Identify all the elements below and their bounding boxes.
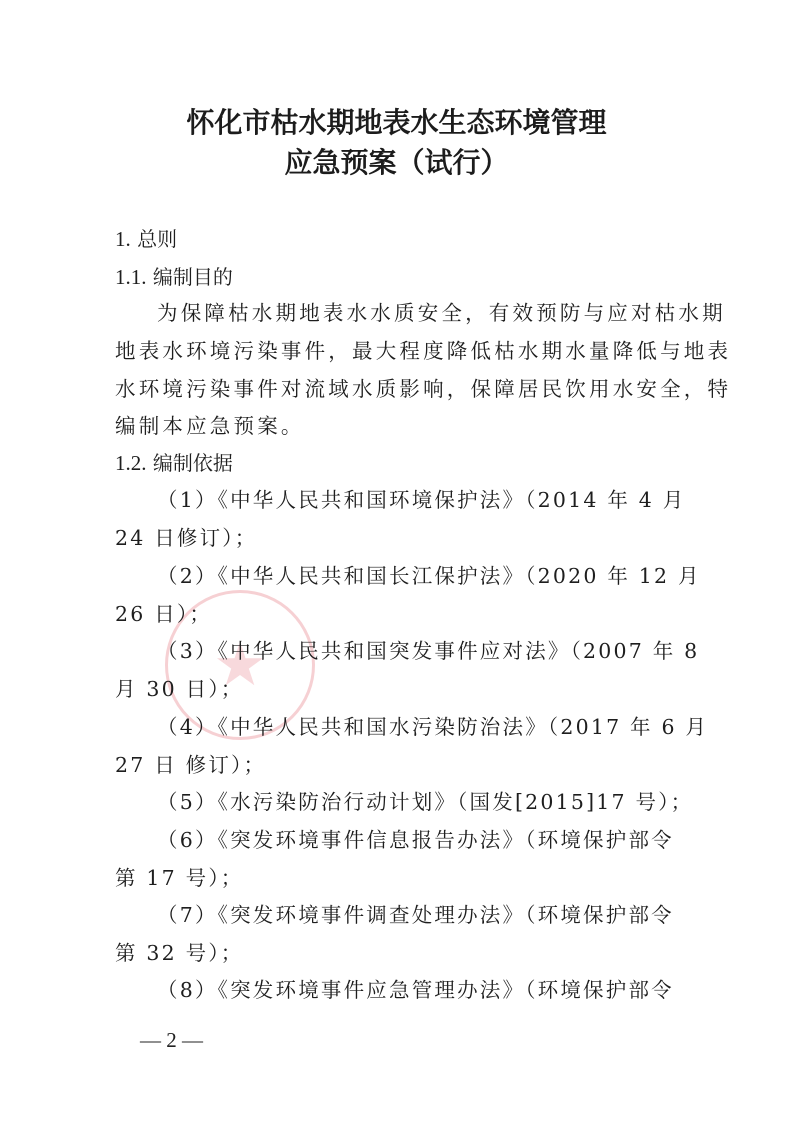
reference-6-line-2: 第 17 号）； [115, 864, 243, 892]
page-number: — 2 — [140, 1028, 203, 1053]
document-title-line-1: 怀化市枯水期地表水生态环境管理 [0, 101, 793, 141]
purpose-paragraph-line-2: 地表水环境污染事件，最大程度降低枯水期水量降低与地表 [115, 337, 731, 365]
reference-7-line-1: （7）《突发环境事件调查处理办法》（环境保护部令 [157, 901, 674, 929]
document-title-line-2: 应急预案（试行） [0, 141, 793, 181]
reference-4-line-1: （4）《中华人民共和国水污染防治法》（2017 年 6 月 [157, 713, 708, 741]
reference-7-line-2: 第 32 号）； [115, 939, 243, 967]
section-heading-basis: 1.2. 编制依据 [115, 449, 233, 477]
reference-1-line-1: （1）《中华人民共和国环境保护法》（2014 年 4 月 [157, 486, 685, 514]
section-number: 1. [115, 227, 131, 251]
reference-5-line-1: （5）《水污染防治行动计划》（国发[2015]17 号）； [157, 788, 693, 816]
section-heading-general: 1. 总则 [115, 225, 177, 253]
purpose-paragraph-line-4: 编制本应急预案。 [115, 412, 305, 440]
section-heading-purpose: 1.1. 编制目的 [115, 263, 233, 291]
section-label: 编制目的 [153, 265, 233, 289]
section-label: 编制依据 [153, 451, 233, 475]
purpose-paragraph-line-3: 水环境污染事件对流域水质影响，保障居民饮用水安全，特 [115, 375, 731, 403]
reference-4-line-2: 27 日 修订）； [115, 751, 266, 779]
document-page: 怀化市枯水期地表水生态环境管理 应急预案（试行） 1. 总则 1.1. 编制目的… [0, 0, 793, 1122]
reference-2-line-2: 26 日）； [115, 600, 212, 628]
section-label: 总则 [137, 227, 177, 251]
reference-2-line-1: （2）《中华人民共和国长江保护法》（2020 年 12 月 [157, 562, 701, 590]
reference-1-line-2: 24 日修订）； [115, 524, 257, 552]
reference-3-line-2: 月 30 日）； [115, 675, 243, 703]
reference-8-line-1: （8）《突发环境事件应急管理办法》（环境保护部令 [157, 976, 674, 1004]
section-number: 1.1. [115, 265, 147, 289]
reference-6-line-1: （6）《突发环境事件信息报告办法》（环境保护部令 [157, 826, 674, 854]
section-number: 1.2. [115, 451, 147, 475]
purpose-paragraph-line-1: 为保障枯水期地表水水质安全，有效预防与应对枯水期 [157, 299, 726, 327]
reference-3-line-1: （3）《中华人民共和国突发事件应对法》（2007 年 8 [157, 637, 699, 665]
